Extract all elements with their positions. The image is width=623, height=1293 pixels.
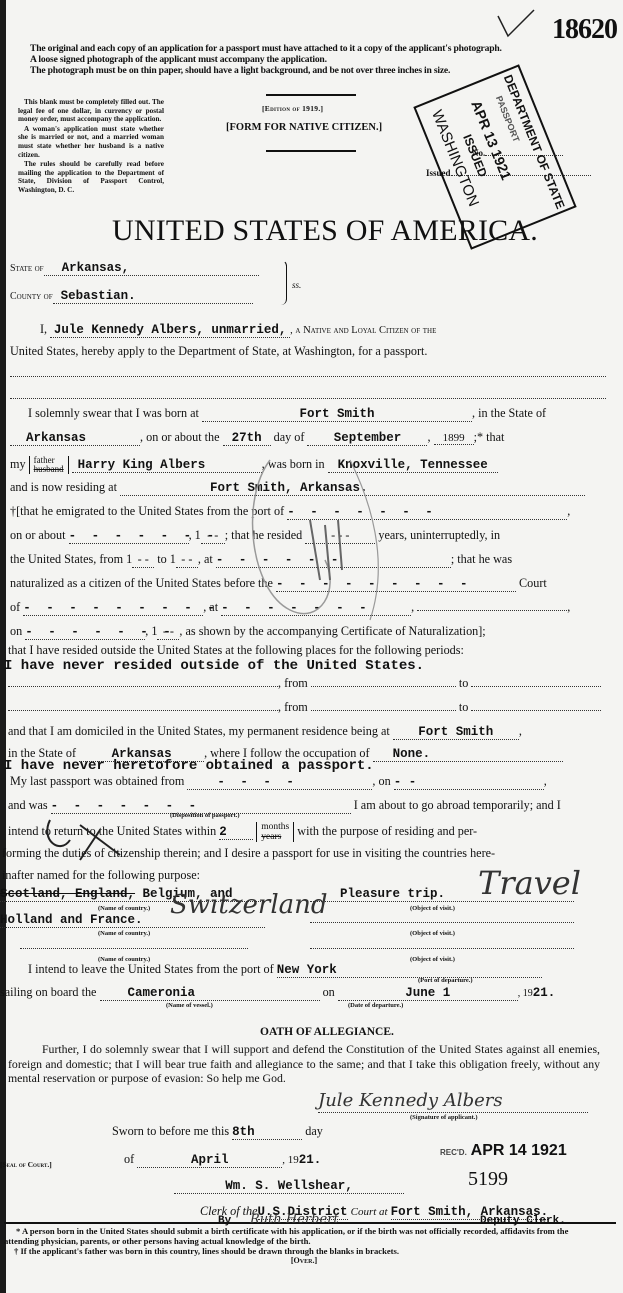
deputy-signature: Ruth Herbert (250, 1212, 339, 1227)
birthplace-line: I solemnly swear that I was born at Fort… (28, 406, 546, 422)
object-row-2 (310, 912, 574, 927)
oath-title: OATH OF ALLEGIANCE. (260, 1026, 394, 1038)
applicant-name: Jule Kennedy Albers, unmarried, (50, 323, 290, 338)
instructions-box: This blank must be completely filled out… (18, 98, 164, 196)
over-label: [Over.] (4, 1256, 604, 1266)
photo-notice: The original and each copy of an applica… (30, 43, 502, 76)
footnotes: * A person born in the United States sho… (4, 1227, 604, 1266)
named-line: inafter named for the following purpose: (2, 868, 200, 883)
instruction: The rules should be carefully read befor… (18, 160, 164, 194)
applicant-line: I, Jule Kennedy Albers, unmarried,, a Na… (40, 322, 436, 338)
signature-line (318, 1112, 588, 1113)
oath-text: Further, I do solemnly swear that I will… (8, 1042, 600, 1086)
instruction: This blank must be completely filled out… (18, 98, 164, 124)
notice-line: A loose signed photograph of the applica… (30, 54, 502, 65)
clerk-name-line: Wm. S. Wellshear, (174, 1178, 404, 1194)
notice-line: The original and each copy of an applica… (30, 43, 502, 54)
scan-edge (0, 0, 6, 1293)
received-number: 5199 (468, 1168, 508, 1191)
blank-line (10, 398, 606, 399)
seal-label: [Seal of Court.] (0, 1160, 52, 1169)
notice-line: The photograph must be on thin paper, sh… (30, 65, 502, 76)
pencil-mark-icon (10, 810, 130, 870)
brace (278, 260, 287, 305)
domicile-line: and that I am domiciled in the United St… (8, 724, 522, 740)
month-line: of April, 1921. (124, 1152, 321, 1168)
pencil-annotation-icon (230, 440, 410, 640)
form-type: [FORM FOR NATIVE CITIZEN.] (226, 122, 382, 133)
country-row-3 (20, 938, 248, 953)
applicant-line-2: United States, hereby apply to the Depar… (10, 344, 427, 359)
divider (266, 150, 356, 152)
object-row-3 (310, 938, 574, 953)
received-stamp: REC'D. APR 14 1921 (440, 1142, 567, 1160)
last-passport-line: My last passport was obtained from - - -… (10, 774, 547, 790)
serial-number: 18620 (552, 14, 617, 46)
ss-label: ss. (292, 280, 301, 290)
residence-abroad-label: that I have resided outside the United S… (8, 643, 464, 658)
footnote: † If the applicant's father was born in … (4, 1247, 604, 1257)
passport-statement: I have never heretofore obtained a passp… (4, 758, 374, 774)
state-field: State ofArkansas, (10, 260, 259, 276)
port-line: I intend to leave the United States from… (28, 962, 542, 978)
from-to-row: , from to (8, 700, 601, 715)
residence-abroad-statement: I have never resided outside of the Unit… (4, 658, 424, 674)
check-mark-icon (496, 8, 536, 38)
handwritten-travel: Travel (478, 864, 581, 902)
disposition-caption: (Disposition of passport.) (170, 812, 240, 819)
applicant-signature: Jule Kennedy Albers (318, 1090, 503, 1111)
vessel-line: sailing on board the Cameronia on June 1… (0, 985, 555, 1001)
divider (266, 94, 356, 96)
edition-label: [Edition of 1919.] (262, 104, 323, 113)
instruction: A woman's application must state whether… (18, 125, 164, 159)
sworn-line: Sworn to before me this 8th day (112, 1124, 323, 1140)
from-to-row: , from to (8, 676, 601, 691)
county-field: County ofSebastian. (10, 288, 253, 304)
footnote: * A person born in the United States sho… (4, 1227, 604, 1247)
handwritten-switzerland: Switzerland (170, 890, 328, 920)
blank-line (10, 376, 606, 377)
page-title: UNITED STATES OF AMERICA. (112, 214, 538, 248)
